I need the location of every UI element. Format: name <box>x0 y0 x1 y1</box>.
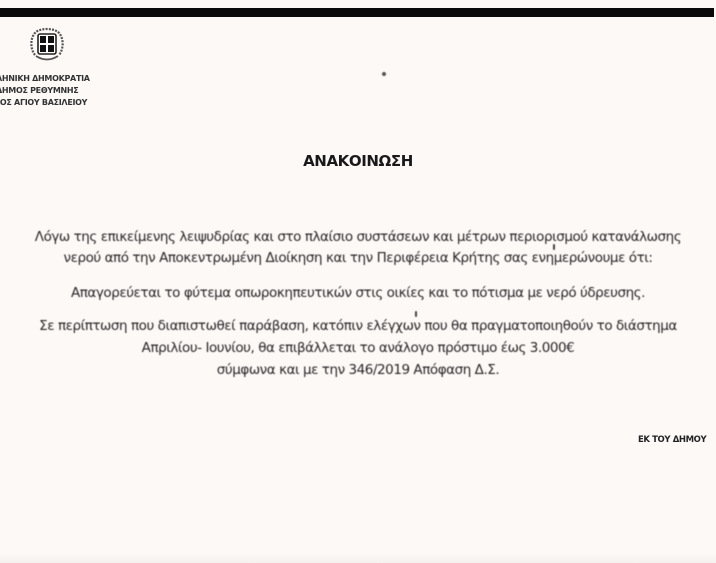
paragraph2-line1: Σε περίπτωση που διαπιστωθεί παράβαση, κ… <box>0 318 716 334</box>
paragraph2-line2: Απριλίου- Ιουνίου, θα επιβάλλεται το ανά… <box>0 340 716 356</box>
letterhead-municipality: ΔΗΜΟΣ ΡΕΘΥΜΝΗΣ <box>0 85 90 97</box>
letterhead-community: ΚΟΣ ΑΓΙΟΥ ΒΑΣΙΛΕΙΟΥ <box>0 97 90 109</box>
paragraph2-line3: σύμφωνα και με την 346/2019 Απόφαση Δ.Σ. <box>0 362 716 378</box>
scan-speck <box>415 311 417 317</box>
signature-line: ΕΚ ΤΟΥ ΔΗΜΟΥ <box>638 435 706 445</box>
scan-edge-shadow <box>0 553 716 563</box>
prohibition-notice: Απαγορεύεται το φύτεμα οπωροκηπευτικών σ… <box>0 285 716 301</box>
paragraph1-line1: Λόγω της επικείμενης λειψυδρίας και στο … <box>0 229 716 245</box>
scan-speck <box>553 244 555 250</box>
scan-speck <box>382 72 386 76</box>
letterhead: ΛΗΝΙΚΗ ΔΗΜΟΚΡΑΤΙΑ ΔΗΜΟΣ ΡΕΘΥΜΝΗΣ ΚΟΣ ΑΓΙ… <box>0 73 90 109</box>
top-black-border <box>0 8 714 17</box>
announcement-title: ΑΝΑΚΟΙΝΩΣΗ <box>0 152 716 170</box>
greek-coat-of-arms-icon <box>27 25 67 65</box>
letterhead-country: ΛΗΝΙΚΗ ΔΗΜΟΚΡΑΤΙΑ <box>0 73 90 85</box>
paragraph1-line2: νερού από την Αποκεντρωμένη Διοίκηση και… <box>0 250 716 266</box>
